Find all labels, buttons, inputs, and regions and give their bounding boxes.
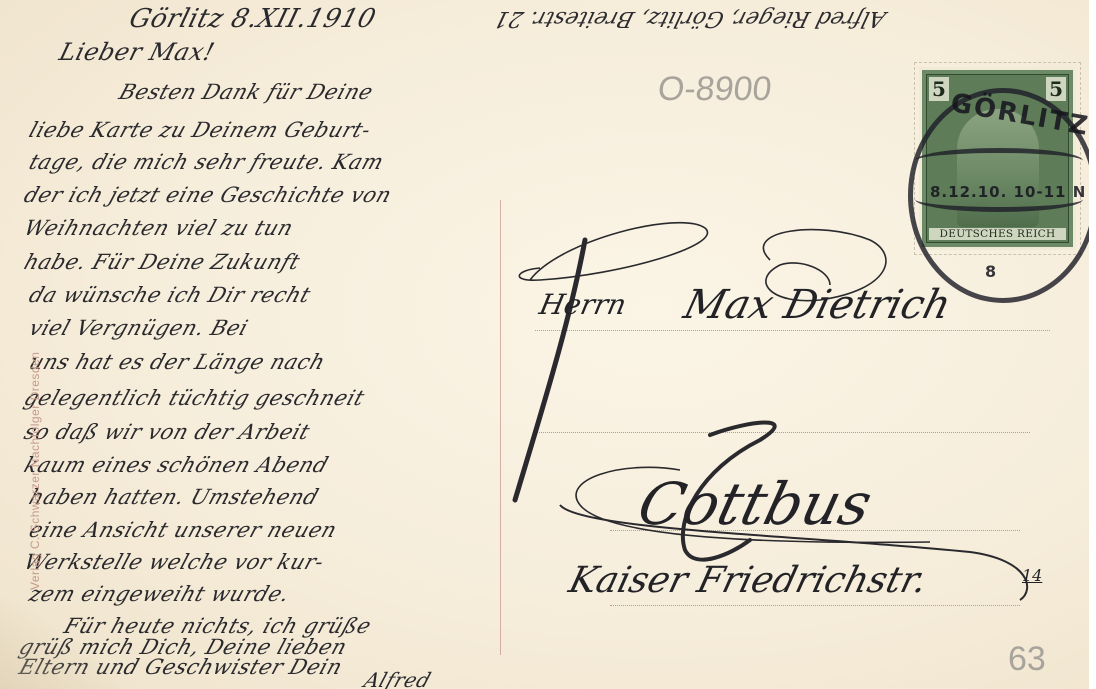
printer-imprint: Verlag C. Schwarzer Nachfolger Dresden xyxy=(28,352,42,590)
address-honorific: Herrn xyxy=(536,288,629,321)
message-line: zem eingeweiht wurde. xyxy=(26,582,293,606)
message-line: Weihnachten viel zu tun xyxy=(21,216,296,240)
message-line: viel Vergnügen. Bei xyxy=(26,316,251,340)
message-place-date: Görlitz 8.XII.1910 xyxy=(126,4,379,34)
message-line: Werkstelle welche vor kur- xyxy=(21,550,327,574)
postmark-code: 8 xyxy=(985,262,996,281)
message-salutation: Lieber Max! xyxy=(56,38,218,66)
message-line: tage, die mich sehr freute. Kam xyxy=(26,150,387,174)
address-name: Max Dietrich xyxy=(679,282,955,328)
script-flourish-icon xyxy=(500,200,1060,620)
postcard: O-8900 Alfred Rieger, Görlitz, Breitestr… xyxy=(0,0,1089,689)
address-street: Kaiser Friedrichstr. xyxy=(565,560,931,601)
message-line: da wünsche ich Dir recht xyxy=(26,283,314,307)
address-house-number: 14 xyxy=(1022,566,1042,585)
stamp-country: DEUTSCHES REICH xyxy=(929,228,1066,240)
postmark-bars xyxy=(915,148,1083,212)
stamp-value-left: 5 xyxy=(929,77,949,101)
message-line: kaum eines schönen Abend xyxy=(21,453,332,477)
message-line: so daß wir von der Arbeit xyxy=(21,420,313,444)
address-line-2 xyxy=(535,432,1030,433)
message-line: Eltern und Geschwister Dein xyxy=(16,655,345,679)
message-line: liebe Karte zu Deinem Geburt- xyxy=(26,118,374,142)
message-line: habe. Für Deine Zukunft xyxy=(21,250,303,274)
divider-line xyxy=(500,200,501,655)
pencil-note-top: O-8900 xyxy=(656,70,774,109)
address-city: Cottbus xyxy=(632,470,879,538)
message-line: uns hat es der Länge nach xyxy=(26,350,328,374)
address-line-1 xyxy=(535,330,1050,331)
message-line: Besten Dank für Deine xyxy=(116,80,376,104)
stamp-value-right: 5 xyxy=(1046,77,1066,101)
postmark-date: 8.12.10. 10-11 N xyxy=(930,183,1086,201)
message-line: gelegentlich tüchtig geschneit xyxy=(21,386,368,410)
pencil-note-bottom: 63 xyxy=(1008,640,1046,679)
sender-note-upside-down: Alfred Rieger, Görlitz, Breitestr. 21 xyxy=(492,6,889,31)
message-signature: Alfred xyxy=(361,668,434,689)
message-line: haben hatten. Umstehend xyxy=(26,485,322,509)
message-line: eine Ansicht unserer neuen xyxy=(26,518,340,542)
message-line: der ich jetzt eine Geschichte von xyxy=(21,183,395,207)
address-line-4 xyxy=(610,605,1020,606)
